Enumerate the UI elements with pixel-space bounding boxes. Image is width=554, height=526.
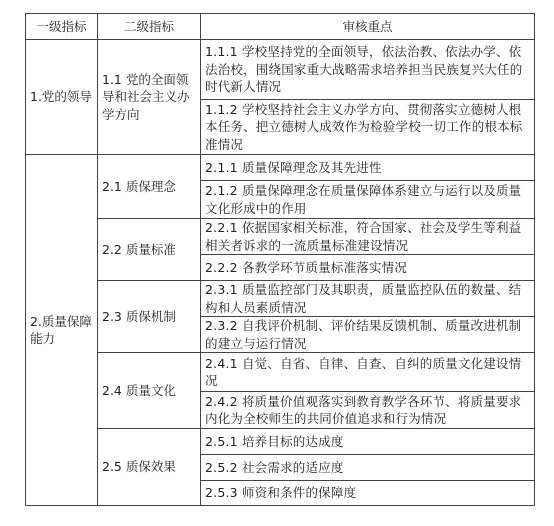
review-item: 1.1.1 学校坚持党的全面领导，依法治教、依法办学、依法治校，围绕国家重大战略… (201, 40, 535, 100)
review-item: 2.1.1 质量保障理念及其先进性 (201, 155, 535, 181)
review-item: 2.3.1 质量监控部门及其职责，质量监控队伍的数量、结构和人员素质情况 (201, 281, 535, 317)
level2-cell: 1.1 党的全面领导和社会主义办学方向 (98, 40, 201, 155)
review-item: 2.4.1 自觉、自省、自律、自查、自纠的质量文化建设情况 (201, 353, 535, 392)
table-row: 2.2 质量标准 2.2.1 依据国家相关标准，符合国家、社会及学生等利益相关者… (26, 219, 535, 255)
review-item: 2.3.2 自我评价机制、评价结果反馈机制、质量改进机制的建立与运行情况 (201, 317, 535, 353)
level1-cell: 1.党的领导 (26, 40, 98, 155)
header-row: 一级指标 二级指标 审核重点 (26, 14, 535, 40)
review-criteria-table: 一级指标 二级指标 审核重点 1.党的领导 1.1 党的全面领导和社会主义办学方… (25, 13, 535, 506)
review-item: 2.1.2 质量保障理念在质量保障体系建立与运行以及质量文化形成中的作用 (201, 181, 535, 219)
level2-cell: 2.5 质保效果 (98, 429, 201, 506)
level2-cell: 2.1 质保理念 (98, 155, 201, 219)
table-row: 2.4 质量文化 2.4.1 自觉、自省、自律、自查、自纠的质量文化建设情况 (26, 353, 535, 392)
level2-cell: 2.3 质保机制 (98, 281, 201, 353)
table-row: 2.5 质保效果 2.5.1 培养目标的达成度 (26, 429, 535, 455)
level2-cell: 2.2 质量标准 (98, 219, 201, 281)
level2-cell: 2.4 质量文化 (98, 353, 201, 429)
review-item: 2.5.3 师资和条件的保障度 (201, 481, 535, 506)
header-level2: 二级指标 (98, 14, 201, 40)
review-item: 2.2.2 各教学环节质量标准落实情况 (201, 255, 535, 281)
table-row: 2.3 质保机制 2.3.1 质量监控部门及其职责，质量监控队伍的数量、结构和人… (26, 281, 535, 317)
review-item: 2.4.2 将质量价值观落实到教育教学各环节、将质量要求内化为全校师生的共同价值… (201, 392, 535, 429)
header-review-focus: 审核重点 (201, 14, 535, 40)
review-item: 2.5.1 培养目标的达成度 (201, 429, 535, 455)
review-item: 2.5.2 社会需求的适应度 (201, 455, 535, 481)
review-item: 1.1.2 学校坚持社会主义办学方向、贯彻落实立德树人根本任务、把立德树人成效作… (201, 100, 535, 155)
table-row: 2.质量保障能力 2.1 质保理念 2.1.1 质量保障理念及其先进性 (26, 155, 535, 181)
level1-cell: 2.质量保障能力 (26, 155, 98, 506)
table-row: 1.党的领导 1.1 党的全面领导和社会主义办学方向 1.1.1 学校坚持党的全… (26, 40, 535, 100)
review-item: 2.2.1 依据国家相关标准，符合国家、社会及学生等利益相关者诉求的一流质量标准… (201, 219, 535, 255)
header-level1: 一级指标 (26, 14, 98, 40)
